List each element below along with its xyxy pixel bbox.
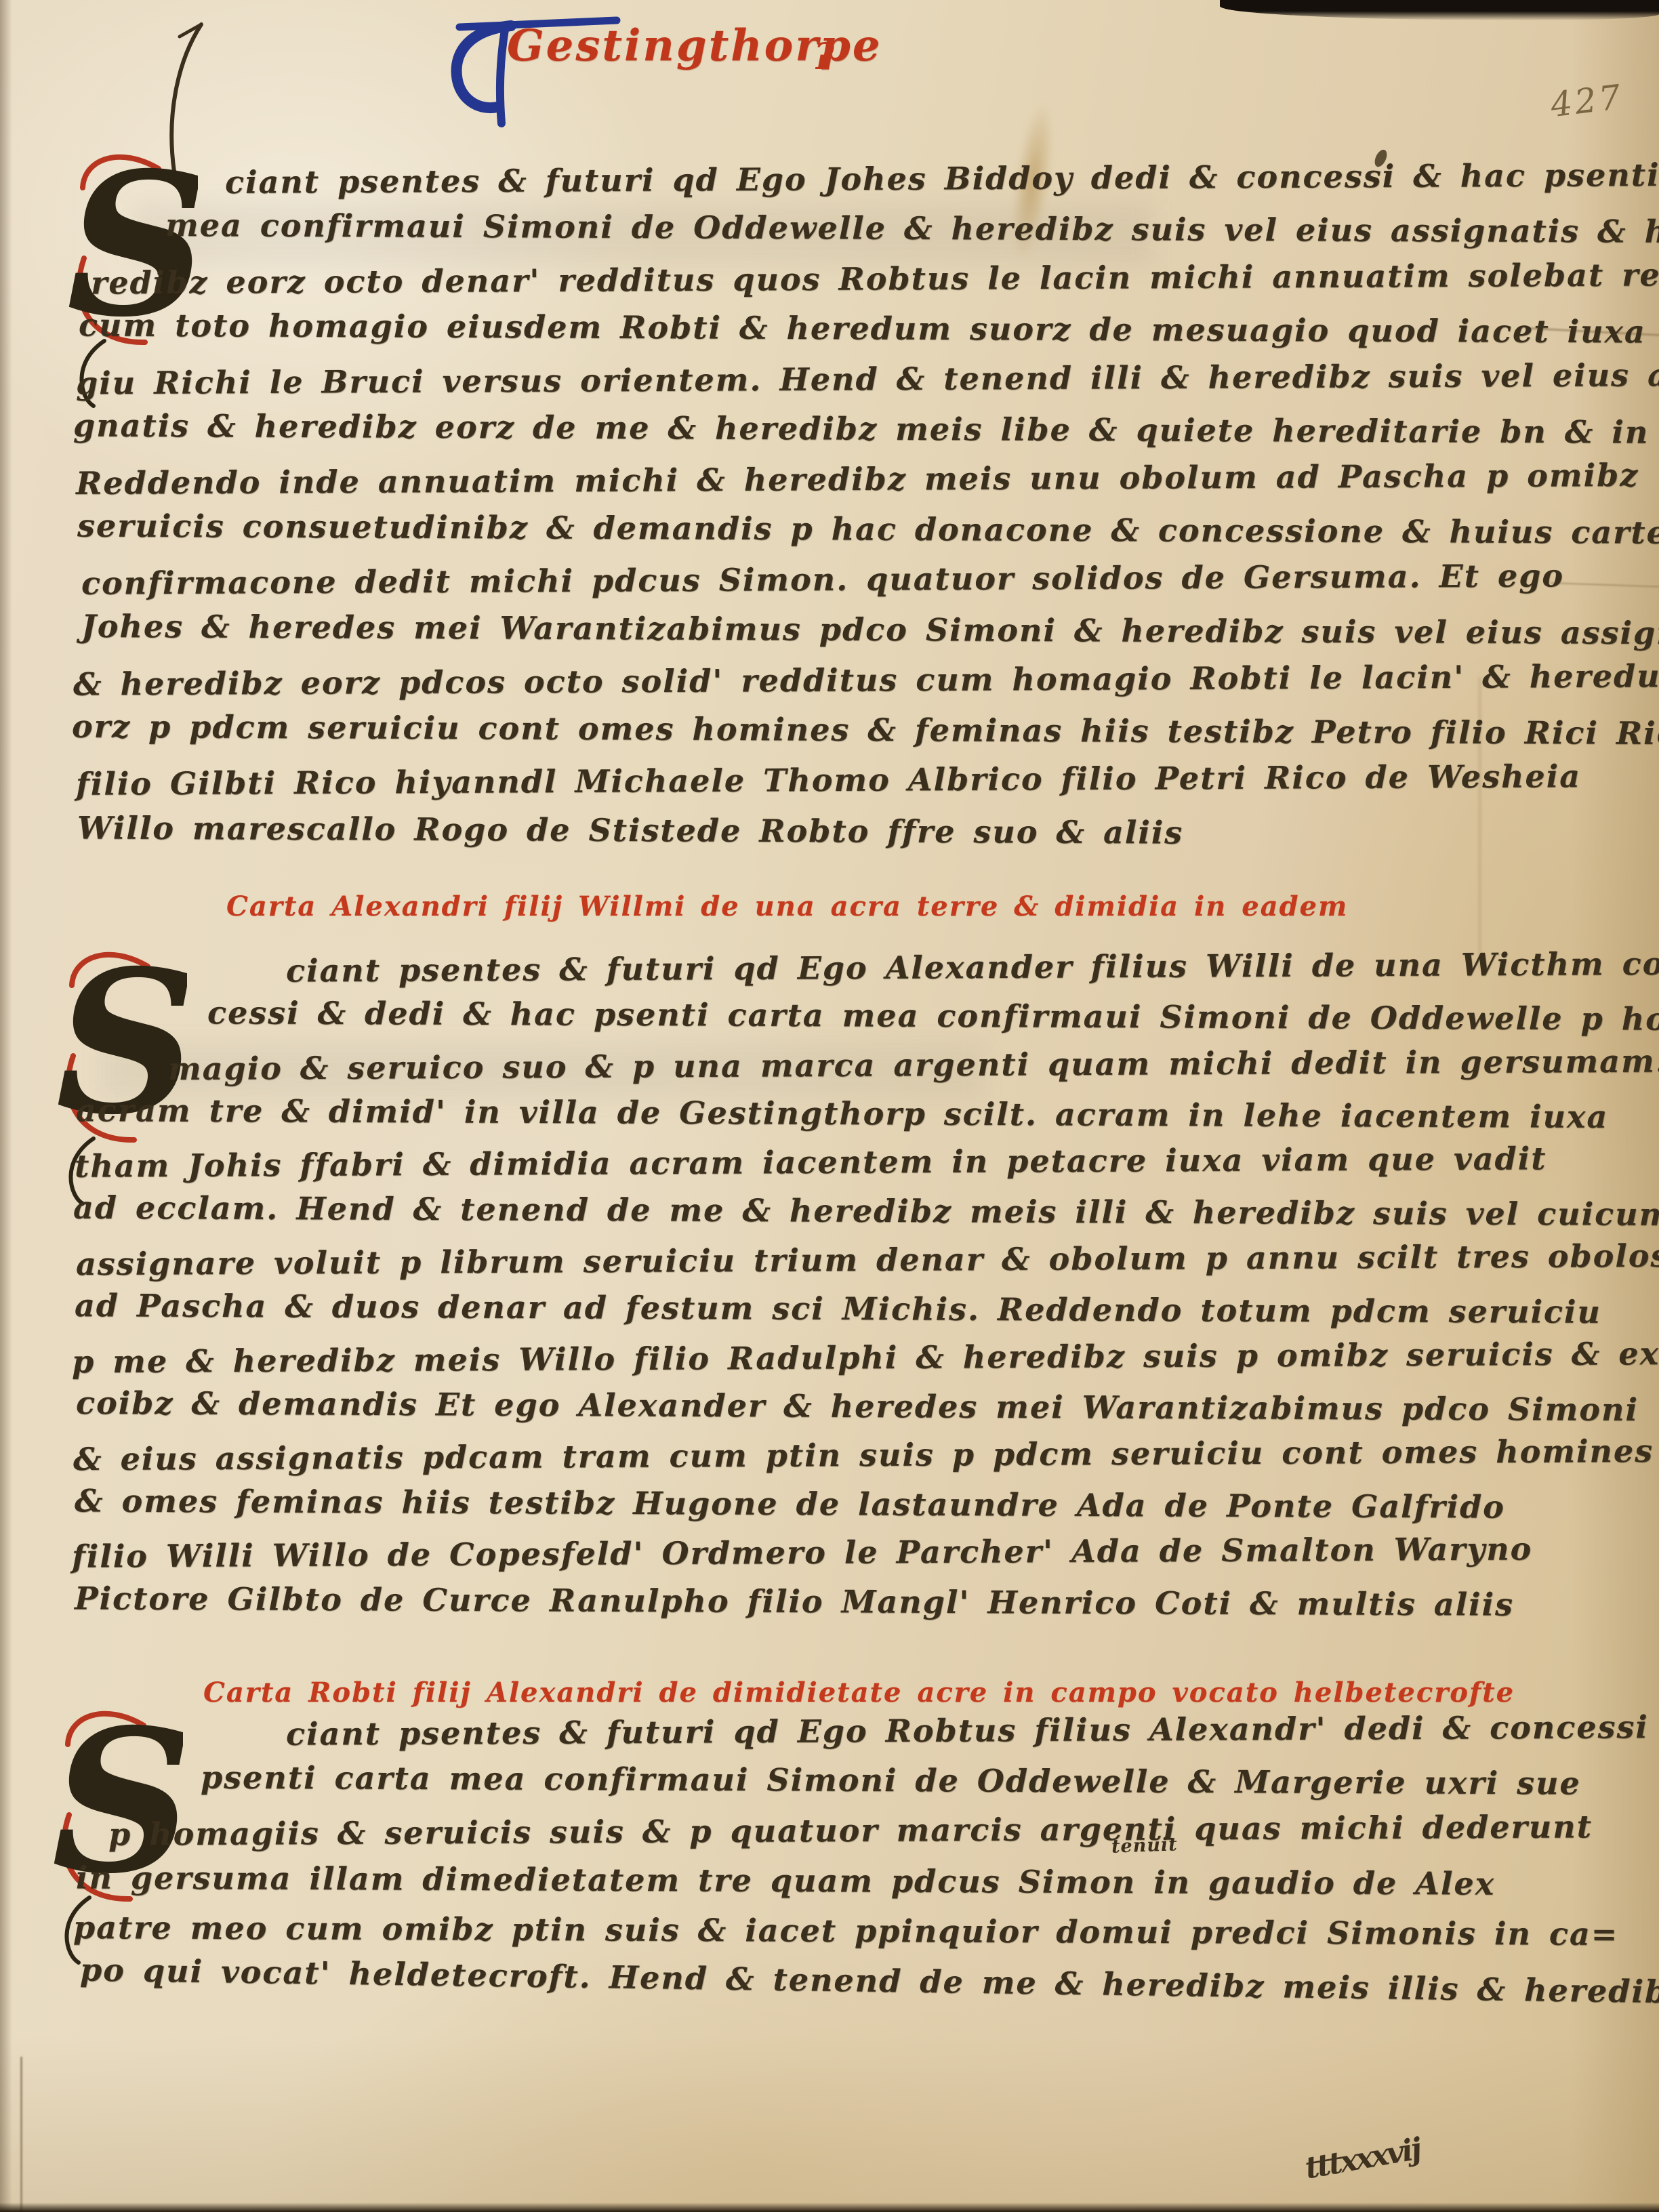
page-curvature-shade — [0, 2036, 1659, 2212]
interlinear-insertion: tenuit — [1111, 1834, 1178, 1857]
charter-line: confirmacone dedit michi pdcus Simon. qu… — [81, 560, 1564, 598]
charter-line: orz p pdcm seruiciu cont omes homines & … — [72, 711, 1659, 749]
charter-line: in gersuma illam dimedietatem tre quam p… — [76, 1862, 1495, 1899]
charter-line: mea confirmaui Simoni de Oddewelle & her… — [165, 209, 1659, 247]
charter-line: ad Pascha & duos denar ad festum sci Mic… — [75, 1290, 1601, 1328]
charter-line: Willo marescallo Rogo de Stistede Robto … — [77, 812, 1183, 848]
charter-line: magio & seruico suo & p una marca argent… — [168, 1045, 1659, 1084]
title-flourish-mark: ʔ — [815, 37, 834, 78]
charter-line: cum toto homagio eiusdem Robti & heredum… — [79, 309, 1659, 348]
page-edge-shadow — [0, 0, 12, 2212]
charter-line: p homagiis & seruicis suis & p quatuor m… — [108, 1811, 1593, 1849]
charter-line: redibz eorz octo denar' redditus quos Ro… — [91, 259, 1659, 299]
charter-line: & omes feminas hiis testibz Hugone de la… — [75, 1485, 1505, 1522]
charter-line: filio Gilbti Rico hiyanndl Michaele Thom… — [76, 760, 1581, 800]
charter-line: ad ecclam. Hend & tenend de me & heredib… — [73, 1192, 1659, 1231]
charter-line: filio Willi Willo de Copesfeld' Ordmero … — [72, 1533, 1533, 1572]
charter-line: gnatis & heredibz eorz de me & heredibz … — [73, 410, 1659, 449]
charter-line: seruicis consuetudinibz & demandis p hac… — [77, 510, 1659, 549]
charter-line: acram tre & dimid' in villa de Gestingth… — [76, 1094, 1608, 1132]
charter-line: patre meo cum omibz ptin suis & iacet pp… — [73, 1912, 1618, 1950]
charter-line: & heredibz eorz pdcos octo solid' reddit… — [73, 659, 1659, 699]
rubric-heading: Carta Alexandri filij Willmi de una acra… — [226, 893, 1348, 920]
charter-line: psenti carta mea confirmaui Simoni de Od… — [201, 1762, 1581, 1799]
manuscript-page: Gestingthorpe ʔ 427 S ciant psentes & fu… — [0, 0, 1659, 2212]
charter-line: tham Johis ffabri & dimidia acram iacent… — [75, 1143, 1547, 1181]
charter-line: assignare voluit p librum seruiciu trium… — [76, 1240, 1659, 1279]
charter-line: p me & heredibz meis Willo filio Radulph… — [72, 1338, 1659, 1378]
charter-line: po qui vocat' heldetecroft. Hend & tenen… — [80, 1954, 1659, 2007]
rubric-heading: Carta Robti filij Alexandri de dimidieta… — [203, 1679, 1515, 1706]
charter-line: cessi & dedi & hac psenti carta mea conf… — [207, 997, 1659, 1035]
charter-line: & eius assignatis pdcam tram cum ptin su… — [73, 1435, 1654, 1475]
charter-line: ciant psentes & futuri qd Ego Robtus fil… — [286, 1711, 1659, 1750]
charter-line: ciant psentes & futuri qd Ego Johes Bidd… — [225, 159, 1659, 198]
charter-line: coibz & demandis Et ego Alexander & here… — [76, 1387, 1639, 1425]
book-edge-dark-band — [1220, 0, 1659, 20]
charter-line: Pictore Gilbto de Curce Ranulpho filio M… — [75, 1582, 1514, 1620]
charter-line: Johes & heredes mei Warantizabimus pdco … — [81, 611, 1659, 649]
book-edge-dark-band — [0, 2203, 1659, 2212]
charter-line: Reddendo inde annuatim michi & heredibz … — [76, 459, 1639, 499]
charter-line: giu Richi le Bruci versus orientem. Hend… — [76, 359, 1659, 399]
charter-line: ciant psentes & futuri qd Ego Alexander … — [286, 947, 1659, 986]
